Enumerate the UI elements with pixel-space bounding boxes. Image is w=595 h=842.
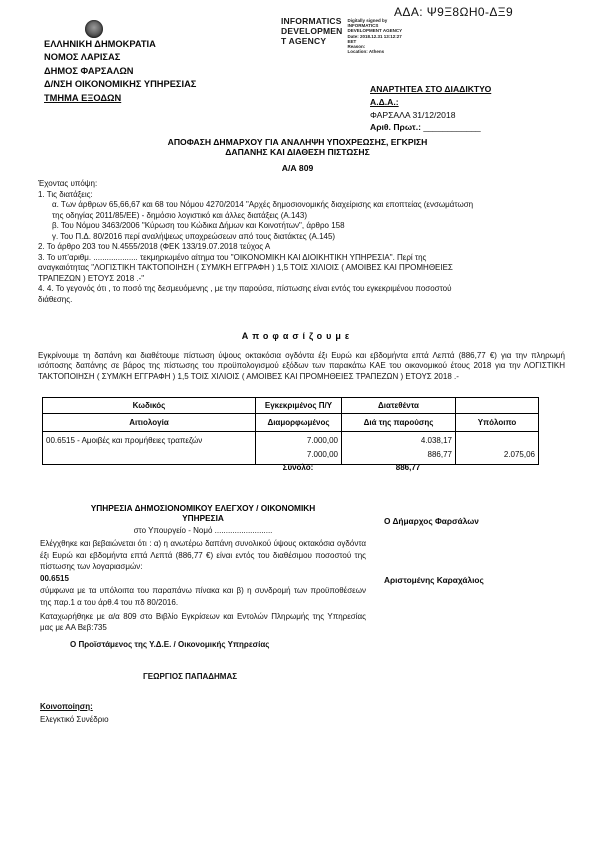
- registration-note: Καταχωρήθηκε με α/α 809 στο Βιβλίο Εγκρί…: [40, 611, 366, 634]
- signature-details: Digitally signed by INFORMATICS DEVELOPM…: [348, 16, 403, 54]
- th-blank: [456, 398, 539, 414]
- coat-of-arms-logo: [85, 20, 103, 38]
- th-kodikos: Κωδικός: [43, 398, 256, 414]
- th-egkekrimenos-py: Εγκεκριμένος Π/Υ: [256, 398, 342, 414]
- org-line-department: ΤΜΗΜΑ ΕΞΟΔΩΝ: [44, 92, 196, 105]
- th-dia-tis-parousis: Διά της παρούσης: [342, 414, 456, 432]
- title-line-2: ΔΑΠΑΝΗΣ ΚΑΙ ΔΙΑΘΕΣΗ ΠΙΣΤΩΣΗΣ: [0, 147, 595, 157]
- signature-agency-name: INFORMATICS DEVELOPMEN T AGENCY: [281, 16, 343, 54]
- cell-balance: 2.075,06: [456, 432, 539, 465]
- cell-approved-budget: 7.000,00 7.000,00: [256, 432, 342, 465]
- audit-paragraph-2: σύμφωνα με τα υπόλοιπα του παραπάνω πίνα…: [40, 585, 366, 608]
- total-label: Σύνολο:: [255, 463, 341, 472]
- legal-basis-line: ΤΡΑΠΕΖΩΝ ) ΕΤΟΥΣ 2018 .-": [38, 274, 565, 285]
- table-data-row: 00.6515 - Αμοιβές και προμήθειες τραπεζώ…: [43, 432, 539, 465]
- audit-service-section: ΥΠΗΡΕΣΙΑ ΔΗΜΟΣΙΟΝΟΜΙΚΟΥ ΕΛΕΓΧΟΥ / ΟΙΚΟΝΟ…: [40, 503, 366, 682]
- cell-allocated: 4.038,17 886,77: [342, 432, 456, 465]
- audit-heading-line-2: ΥΠΗΡΕΣΙΑ: [40, 513, 366, 523]
- table-header-row-2: Αιτιολογία Διαμορφωμένος Διά της παρούση…: [43, 414, 539, 432]
- org-line-directorate: Δ/ΝΣΗ ΟΙΚΟΝΟΜΙΚΗΣ ΥΠΗΡΕΣΙΑΣ: [44, 78, 196, 91]
- credits-table: Κωδικός Εγκεκριμένος Π/Υ Διατεθέντα Αιτι…: [42, 397, 539, 465]
- notification-section: Κοινοποίηση: Ελεγκτικό Συνέδριο: [40, 701, 109, 726]
- decision-title: ΑΠΟΦΑΣΗ ΔΗΜΑΡΧΟΥ ΓΙΑ ΑΝΑΛΗΨΗ ΥΠΟΧΡΕΩΣΗΣ,…: [0, 137, 595, 173]
- decision-ref-number: Α/Α 809: [0, 163, 595, 173]
- protocol-number: Αριθ. Πρωτ.: ____________: [370, 121, 491, 134]
- org-line-prefecture: ΝΟΜΟΣ ΛΑΡΙΣΑΣ: [44, 51, 196, 64]
- account-code: 00.6515: [40, 573, 366, 585]
- ada-label: Α.Δ.Α.:: [370, 96, 491, 109]
- org-line-municipality: ΔΗΜΟΣ ΦΑΡΣΑΛΩΝ: [44, 65, 196, 78]
- table-header-row-1: Κωδικός Εγκεκριμένος Π/Υ Διατεθέντα: [43, 398, 539, 414]
- protocol-value: ____________: [421, 122, 481, 132]
- th-aitiologia: Αιτιολογία: [43, 414, 256, 432]
- th-ypoloipo: Υπόλοιπο: [456, 414, 539, 432]
- legal-basis-line: γ. Του Π.Δ. 80/2016 περί αναλήψεως υποχρ…: [38, 232, 565, 243]
- th-diamorfomenos: Διαμορφωμένος: [256, 414, 342, 432]
- audit-heading-line-1: ΥΠΗΡΕΣΙΑ ΔΗΜΟΣΙΟΝΟΜΙΚΟΥ ΕΛΕΓΧΟΥ / ΟΙΚΟΝΟ…: [40, 503, 366, 513]
- internet-posting-notice: ΑΝΑΡΤΗΤΕΑ ΣΤΟ ΔΙΑΔΙΚΤΥΟ: [370, 83, 491, 96]
- title-line-1: ΑΠΟΦΑΣΗ ΔΗΜΑΡΧΟΥ ΓΙΑ ΑΝΑΛΗΨΗ ΥΠΟΧΡΕΩΣΗΣ,…: [0, 137, 595, 147]
- mayor-signature-block: Ο Δήμαρχος Φαρσάλων Αριστομένης Καραχάλι…: [384, 516, 484, 585]
- protocol-label: Αριθ. Πρωτ.:: [370, 122, 421, 132]
- decision-document-page: ΑΔΑ: Ψ9Ξ8ΩΗ0-ΔΞ9 INFORMATICS DEVELOPMEN …: [0, 0, 595, 842]
- audit-paragraph-1: Ελέγχθηκε και βεβαιώνεται ότι : α) η ανω…: [40, 538, 366, 573]
- org-line-country: ΕΛΛΗΝΙΚΗ ΔΗΜΟΚΡΑΤΙΑ: [44, 38, 196, 51]
- legal-basis-line: 1. Τις διατάξεις:: [38, 190, 565, 201]
- table-total-row: Σύνολο: 886,77: [42, 463, 538, 472]
- posting-meta: ΑΝΑΡΤΗΤΕΑ ΣΤΟ ΔΙΑΔΙΚΤΥΟ Α.Δ.Α.: ΦΑΡΣΑΛΑ …: [370, 83, 491, 134]
- total-value: 886,77: [341, 463, 475, 472]
- having-regard-section: Έχοντας υπόψη: 1. Τις διατάξεις: α. Των …: [38, 179, 565, 306]
- digital-signature-stamp: INFORMATICS DEVELOPMEN T AGENCY Digitall…: [281, 16, 402, 54]
- mayor-name: Αριστομένης Καραχάλιος: [384, 575, 484, 585]
- mayor-title: Ο Δήμαρχος Φαρσάλων: [384, 516, 484, 526]
- cc-label: Κοινοποίηση:: [40, 701, 109, 714]
- approval-paragraph: Εγκρίνουμε τη δαπάνη και διαθέτουμε πίστ…: [38, 351, 565, 382]
- legal-basis-line: 4. 4. Το γεγονός ότι , το ποσό της δεσμε…: [38, 284, 565, 295]
- ada-code: ΑΔΑ: Ψ9Ξ8ΩΗ0-ΔΞ9: [394, 5, 513, 19]
- legal-basis-line: της οδηγίας 2011/85/ΕΕ) - δημόσιο λογιστ…: [38, 211, 565, 222]
- legal-basis-line: αναγκαιότητας "ΛΟΓΙΣΤΙΚΗ ΤΑΚΤΟΠΟΙΗΣΗ ( Σ…: [38, 263, 565, 274]
- legal-basis-line: α. Των άρθρων 65,66,67 και 68 του Νόμου …: [38, 200, 565, 211]
- legal-basis-line: διάθεσης.: [38, 295, 565, 306]
- supervisor-title: Ο Προϊστάμενος της Υ.Δ.Ε. / Οικονομικής …: [40, 639, 366, 650]
- place-date: ΦΑΡΣΑΛΑ 31/12/2018: [370, 109, 491, 122]
- org-header: ΕΛΛΗΝΙΚΗ ΔΗΜΟΚΡΑΤΙΑ ΝΟΜΟΣ ΛΑΡΙΣΑΣ ΔΗΜΟΣ …: [44, 38, 196, 105]
- supervisor-name: ΓΕΩΡΓΙΟΣ ΠΑΠΑΔΗΜΑΣ: [40, 671, 340, 682]
- th-diatethenta: Διατεθέντα: [342, 398, 456, 414]
- having-intro: Έχοντας υπόψη:: [38, 179, 565, 190]
- legal-basis-line: 2. Το άρθρο 203 του Ν.4555/2018 (ΦΕΚ 133…: [38, 242, 565, 253]
- legal-basis-line: 3. Το υπ'αριθμ. .................... τεκ…: [38, 253, 565, 264]
- cell-description: 00.6515 - Αμοιβές και προμήθειες τραπεζώ…: [43, 432, 256, 465]
- legal-basis-line: β. Του Νόμου 3463/2006 "Κύρωση του Κώδικ…: [38, 221, 565, 232]
- cc-recipient: Ελεγκτικό Συνέδριο: [40, 714, 109, 727]
- decision-word: Αποφασίζουμε: [0, 331, 595, 341]
- ministry-line: στο Υπουργείο - Νομό ...................…: [40, 525, 366, 536]
